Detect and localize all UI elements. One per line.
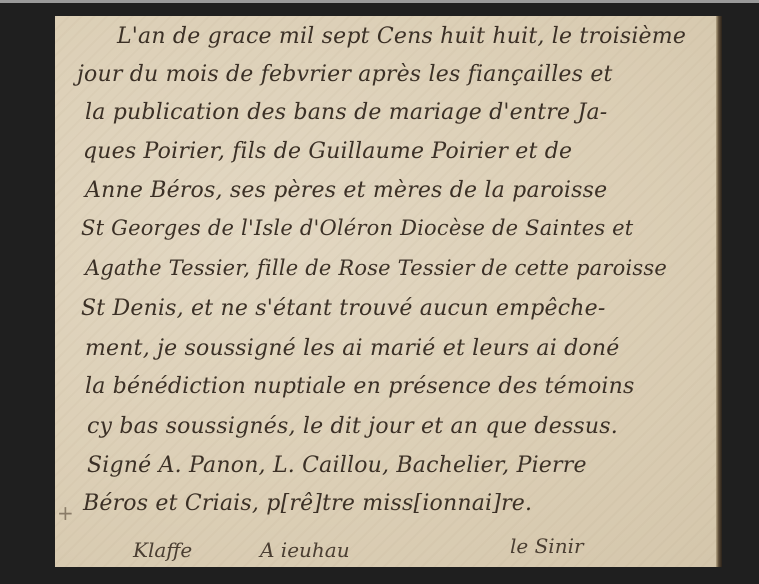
text-line-4: ques Poirier, fils de Guillaume Poirier … [83, 139, 572, 164]
text-line-3: la publication des bans de mariage d'ent… [85, 100, 607, 125]
text-line-9: ment, je soussigné les ai marié et leurs… [85, 336, 619, 361]
text-line-13: Béros et Criais, p[rê]tre miss[ionnai]re… [83, 491, 532, 516]
text-line-8: St Denis, et ne s'étant trouvé aucun emp… [81, 296, 605, 321]
signature-1: Klaffe [133, 538, 192, 562]
handwritten-text: L'an de grace mil sept Cens huit huit, l… [55, 16, 715, 567]
text-line-1: L'an de grace mil sept Cens huit huit, l… [117, 24, 686, 49]
document-page: L'an de grace mil sept Cens huit huit, l… [55, 16, 722, 567]
signature-2: A ieuhau [260, 538, 350, 562]
page-binding-edge [716, 16, 722, 567]
text-line-5: Anne Béros, ses pères et mères de la par… [85, 178, 607, 203]
text-line-6: St Georges de l'Isle d'Oléron Diocèse de… [81, 216, 633, 240]
signature-3: le Sinir [510, 534, 584, 558]
text-line-10: la bénédiction nuptiale en présence des … [85, 374, 635, 399]
text-line-12: Signé A. Panon, L. Caillou, Bachelier, P… [87, 453, 587, 478]
text-line-2: jour du mois de febvrier après les fianç… [77, 62, 613, 87]
text-line-11: cy bas soussignés, le dit jour et an que… [87, 414, 618, 439]
text-line-7: Agathe Tessier, fille de Rose Tessier de… [85, 256, 667, 280]
margin-cross-mark: + [57, 501, 74, 525]
